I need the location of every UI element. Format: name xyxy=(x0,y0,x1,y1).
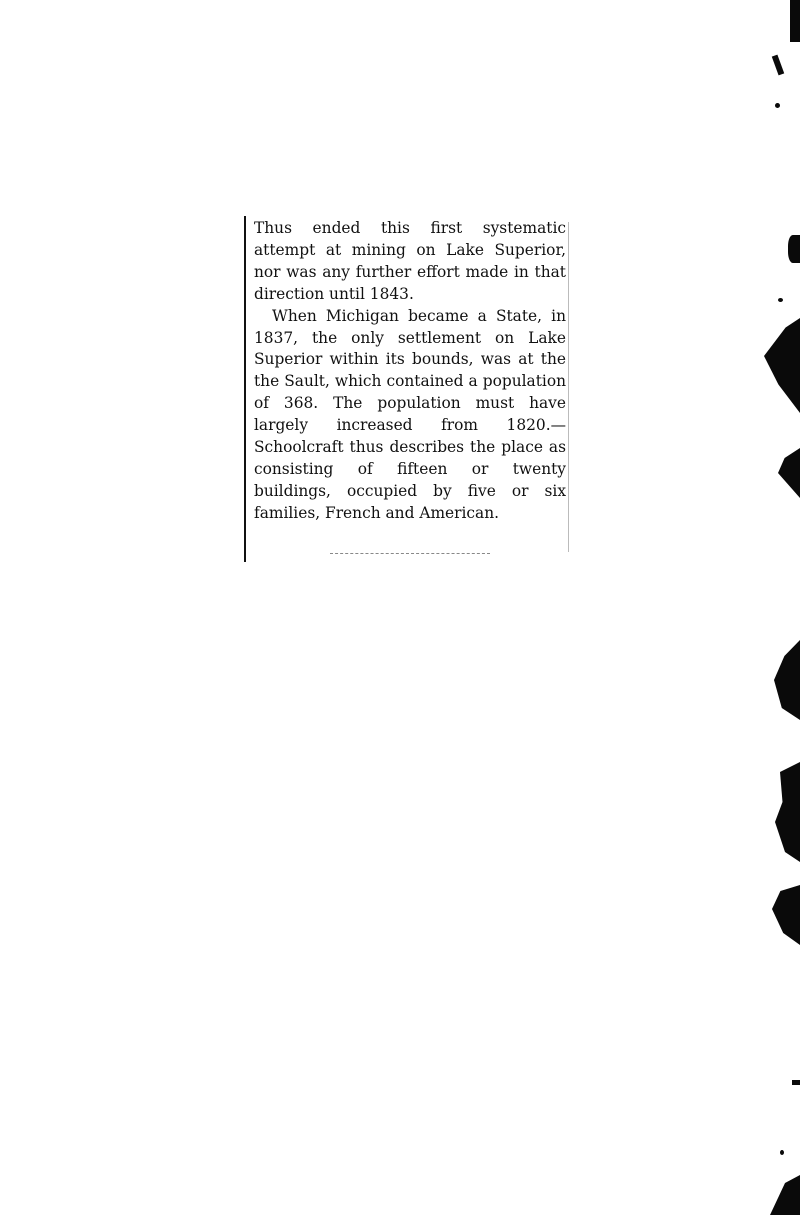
paragraph-1: Thus ended this first systematic attempt… xyxy=(254,218,566,306)
column-rule-left xyxy=(244,216,246,562)
column-rule-right xyxy=(568,222,569,552)
separator-rule xyxy=(330,553,490,555)
newspaper-clipping: Thus ended this first systematic attempt… xyxy=(254,218,566,525)
paragraph-2: When Michigan became a State, in 1837, t… xyxy=(254,306,566,525)
